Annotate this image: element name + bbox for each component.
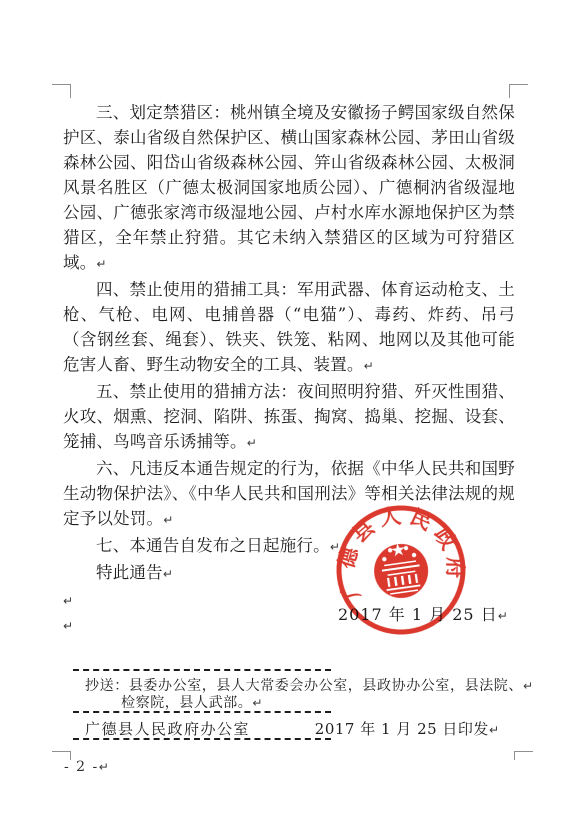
paragraph-mark-icon: ↵ [364,359,374,373]
paragraph-mark-icon: ↵ [252,696,262,710]
government-seal: 广德县人民政府 [322,491,480,649]
paragraph-mark-icon: ↵ [163,567,173,581]
footer-divider-bottom [73,738,331,740]
print-date-text: 2017 年 1 月 25 日印发 [315,720,489,738]
paragraph-mark-icon: ↵ [96,257,106,271]
cropmark-bottom-right [514,751,533,760]
footer-divider-top [73,669,331,671]
paragraph-4: 四、禁止使用的猎捕工具：军用武器、体育运动枪支、土枪、气枪、电网、电捕兽器（“电… [63,277,515,379]
paragraph-mark-icon: ↵ [489,723,499,737]
paragraph-mark-icon: ↵ [247,436,257,450]
closing-line-text: 特此通告 [96,563,163,582]
issuer-office: 广德县人民政府办公室 [85,718,250,739]
paragraph-3: 三、划定禁猎区：桃州镇全境及安徽扬子鳄国家级自然保护区、泰山省级自然保护区、横山… [63,100,515,277]
copy-to-block: 抄送：县委办公室，县人大常委会办公室，县政协办公室，县法院、↵检察院，县人武部。… [85,678,549,711]
issuer-row: 广德县人民政府办公室 2017 年 1 月 25 日印发↵ [85,718,499,739]
page-number-text: - 2 - [64,759,99,775]
paragraph-mark-icon: ↵ [498,609,508,623]
cropmark-top-left [52,84,71,98]
paragraph-4-text: 四、禁止使用的猎捕工具：军用武器、体育运动枪支、土枪、气枪、电网、电捕兽器（“电… [63,280,515,374]
paragraph-mark-icon: ↵ [163,513,173,527]
paragraph-3-text: 三、划定禁猎区：桃州镇全境及安徽扬子鳄国家级自然保护区、泰山省级自然保护区、横山… [63,103,515,272]
paragraph-mark-icon: ↵ [63,594,73,608]
paragraph-7-text: 七、本通告自发布之日起施行。 [96,536,330,555]
page-number: - 2 -↵ [64,759,109,775]
paragraph-mark-icon: ↵ [99,760,109,774]
print-date: 2017 年 1 月 25 日印发↵ [315,718,499,739]
paragraph-5-text: 五、禁止使用的猎捕方法：夜间照明狩猎、歼灭性围猎、火攻、烟熏、挖洞、陷阱、拣蛋、… [63,382,515,451]
footer-divider-middle [73,711,331,713]
paragraph-5: 五、禁止使用的猎捕方法：夜间照明狩猎、歼灭性围猎、火攻、烟熏、挖洞、陷阱、拣蛋、… [63,379,515,456]
document-page: { "marks": { "paragraph_mark": "↵" }, "d… [0,0,586,827]
cropmark-top-right [509,84,528,98]
national-emblem-icon [371,540,432,602]
paragraph-mark-icon: ↵ [523,679,533,693]
copy-to-line1: 抄送：县委办公室，县人大常委会办公室，县政协办公室，县法院、 [85,678,523,694]
paragraph-mark-icon: ↵ [63,619,73,633]
copy-to-line2: 检察院，县人武部。 [121,695,252,711]
